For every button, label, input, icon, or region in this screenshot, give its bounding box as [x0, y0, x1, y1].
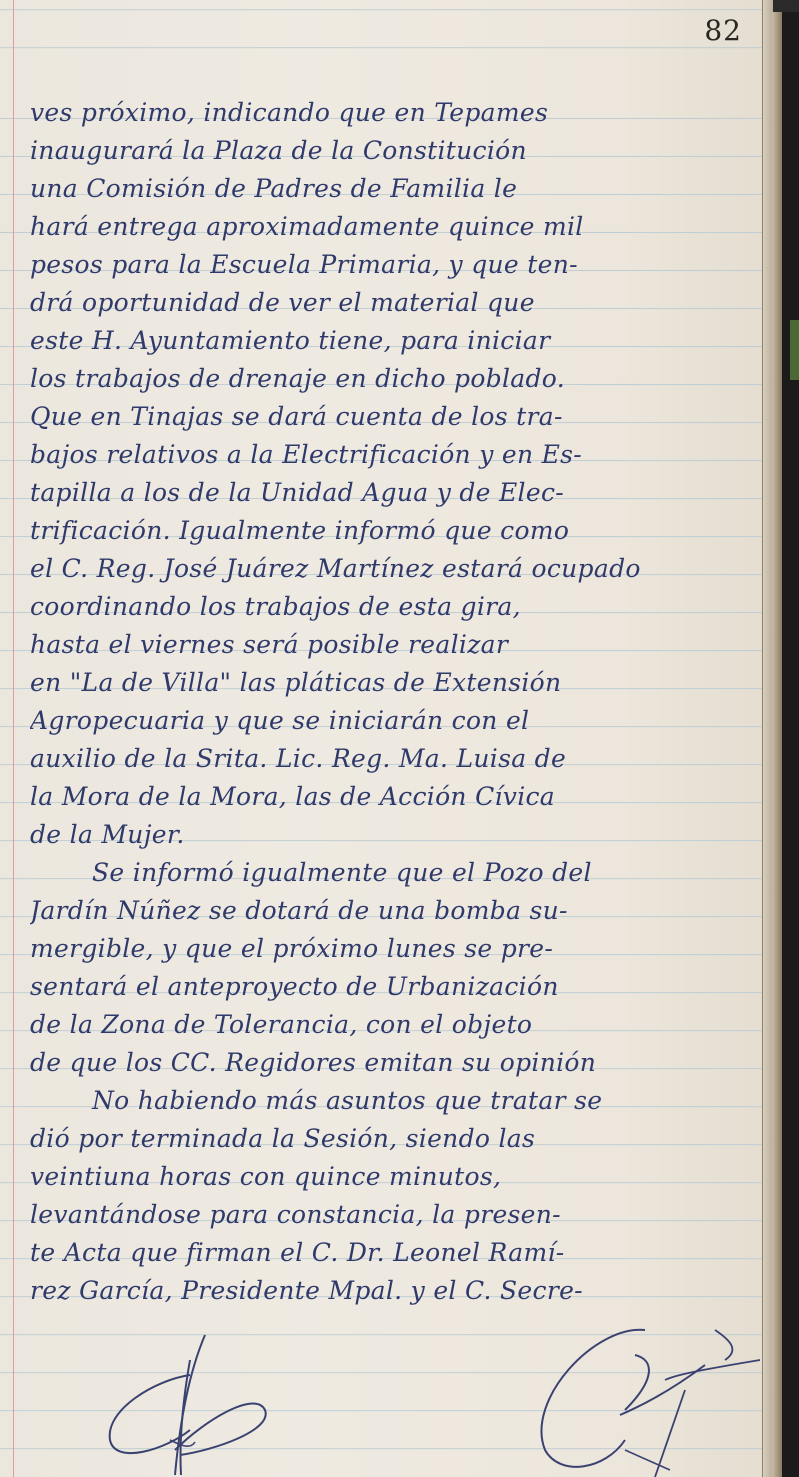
- text-line: mergible, y que el próximo lunes se pre-: [30, 930, 765, 968]
- book-cover: [782, 12, 799, 1477]
- text-line: drá oportunidad de ver el material que: [30, 284, 765, 322]
- text-line: coordinando los trabajos de esta gira,: [30, 588, 765, 626]
- text-line: veintiuna horas con quince minutos,: [30, 1158, 765, 1196]
- text-line: rez García, Presidente Mpal. y el C. Sec…: [30, 1272, 765, 1310]
- text-line: una Comisión de Padres de Familia le: [30, 170, 765, 208]
- signature-left: [95, 1330, 295, 1477]
- text-line: hará entrega aproximadamente quince mil: [30, 208, 765, 246]
- signatures-area: [0, 1320, 770, 1477]
- text-line: te Acta que firman el C. Dr. Leonel Ramí…: [30, 1234, 765, 1272]
- text-line: de que los CC. Regidores emitan su opini…: [30, 1044, 765, 1082]
- text-line: sentará el anteproyecto de Urbanización: [30, 968, 765, 1006]
- text-line-paragraph-start: No habiendo más asuntos que tratar se: [30, 1082, 765, 1120]
- text-line: el C. Reg. José Juárez Martínez estará o…: [30, 550, 765, 588]
- text-line: Que en Tinajas se dará cuenta de los tra…: [30, 398, 765, 436]
- text-line: de la Zona de Tolerancia, con el objeto: [30, 1006, 765, 1044]
- text-line: dió por terminada la Sesión, siendo las: [30, 1120, 765, 1158]
- text-line: pesos para la Escuela Primaria, y que te…: [30, 246, 765, 284]
- text-line: levantándose para constancia, la presen-: [30, 1196, 765, 1234]
- text-line: ves próximo, indicando que en Tepames: [30, 94, 765, 132]
- text-line: Agropecuaria y que se iniciarán con el: [30, 702, 765, 740]
- page-number: 82: [704, 14, 742, 47]
- text-line: tapilla a los de la Unidad Agua y de Ele…: [30, 474, 765, 512]
- text-line: de la Mujer.: [30, 816, 765, 854]
- background-foliage: [790, 320, 799, 380]
- text-line: hasta el viernes será posible realizar: [30, 626, 765, 664]
- text-line-paragraph-start: Se informó igualmente que el Pozo del: [30, 854, 765, 892]
- signature-right: [505, 1320, 770, 1477]
- ledger-page: 82 ves próximo, indicando que en Tepames…: [0, 0, 770, 1477]
- text-line: trificación. Igualmente informó que como: [30, 512, 765, 550]
- text-line: Jardín Núñez se dotará de una bomba su-: [30, 892, 765, 930]
- handwritten-text: ves próximo, indicando que en Tepames in…: [30, 94, 765, 1310]
- text-line: inaugurará la Plaza de la Constitución: [30, 132, 765, 170]
- text-line: bajos relativos a la Electrificación y e…: [30, 436, 765, 474]
- page-stack-edge: [772, 12, 782, 1477]
- text-line: la Mora de la Mora, las de Acción Cívica: [30, 778, 765, 816]
- text-line: auxilio de la Srita. Lic. Reg. Ma. Luisa…: [30, 740, 765, 778]
- red-margin-line: [13, 0, 14, 1477]
- text-line: en "La de Villa" las pláticas de Extensi…: [30, 664, 765, 702]
- text-line: los trabajos de drenaje en dicho poblado…: [30, 360, 765, 398]
- text-line: este H. Ayuntamiento tiene, para iniciar: [30, 322, 765, 360]
